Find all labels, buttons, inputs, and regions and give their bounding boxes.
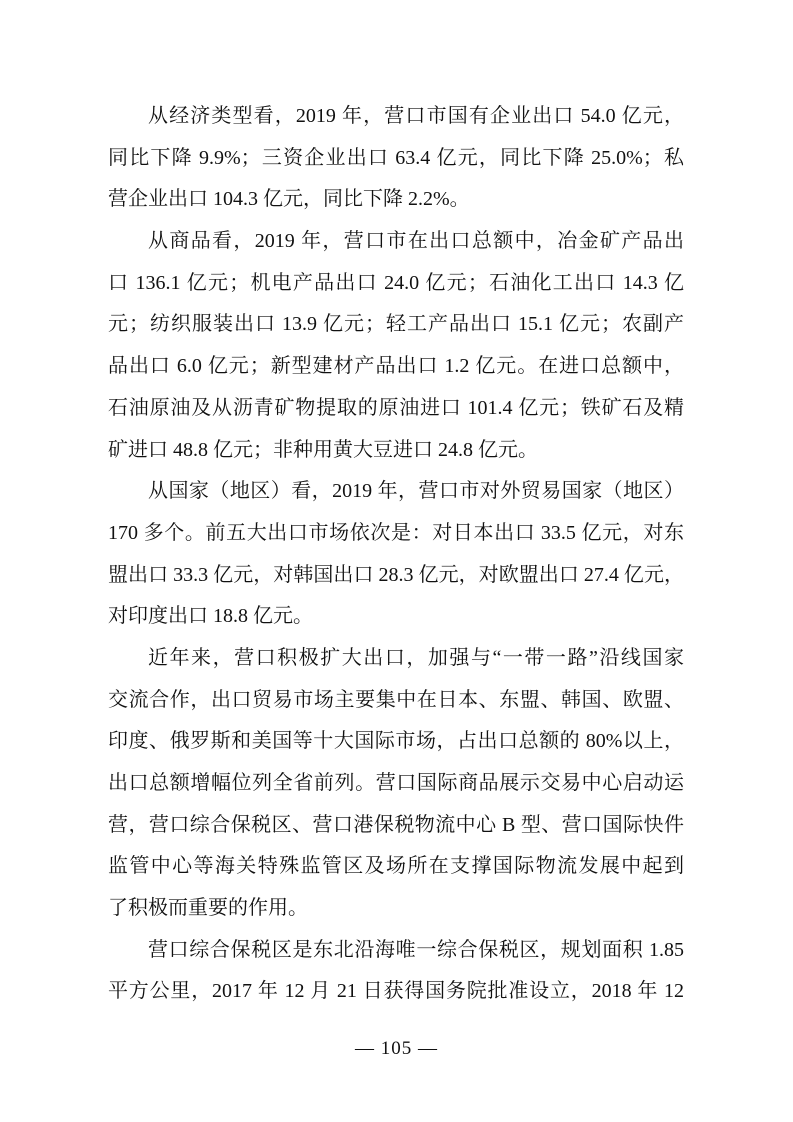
- text-line: 了积极而重要的作用。: [108, 888, 684, 930]
- text-line: 印度、俄罗斯和美国等十大国际市场，占出口总额的 80%以上，: [108, 721, 684, 763]
- text-line: 170 多个。前五大出口市场依次是：对日本出口 33.5 亿元，对东: [108, 513, 684, 555]
- text-line: 对印度出口 18.8 亿元。: [108, 596, 684, 638]
- paragraph-countries: 从国家（地区）看，2019 年，营口市对外贸易国家（地区） 170 多个。前五大…: [108, 471, 684, 638]
- text-line: 石油原油及从沥青矿物提取的原油进口 101.4 亿元；铁矿石及精: [108, 388, 684, 430]
- text-line: 营企业出口 104.3 亿元，同比下降 2.2%。: [108, 179, 684, 221]
- page-footer: — 105 —: [0, 1036, 793, 1062]
- text-line: 营口综合保税区是东北沿海唯一综合保税区，规划面积 1.85: [108, 930, 684, 972]
- text-line: 从商品看，2019 年，营口市在出口总额中，冶金矿产品出: [108, 221, 684, 263]
- text-line: 盟出口 33.3 亿元，对韩国出口 28.3 亿元，对欧盟出口 27.4 亿元，: [108, 555, 684, 597]
- text-line: 品出口 6.0 亿元；新型建材产品出口 1.2 亿元。在进口总额中，: [108, 346, 684, 388]
- paragraph-commodities: 从商品看，2019 年，营口市在出口总额中，冶金矿产品出 口 136.1 亿元；…: [108, 221, 684, 471]
- text-line: 口 136.1 亿元；机电产品出口 24.0 亿元；石油化工出口 14.3 亿: [108, 263, 684, 305]
- text-line: 近年来，营口积极扩大出口，加强与“一带一路”沿线国家: [108, 638, 684, 680]
- text-line: 交流合作，出口贸易市场主要集中在日本、东盟、韩国、欧盟、: [108, 680, 684, 722]
- text-line: 矿进口 48.8 亿元；非种用黄大豆进口 24.8 亿元。: [108, 430, 684, 472]
- text-line: 平方公里，2017 年 12 月 21 日获得国务院批准设立，2018 年 12: [108, 971, 684, 1013]
- text-block: 从经济类型看，2019 年，营口市国有企业出口 54.0 亿元， 同比下降 9.…: [108, 96, 684, 1013]
- text-line: 监管中心等海关特殊监管区及场所在支撑国际物流发展中起到: [108, 846, 684, 888]
- paragraph-economy-type: 从经济类型看，2019 年，营口市国有企业出口 54.0 亿元， 同比下降 9.…: [108, 96, 684, 221]
- paragraph-recent-years: 近年来，营口积极扩大出口，加强与“一带一路”沿线国家 交流合作，出口贸易市场主要…: [108, 638, 684, 930]
- paragraph-bonded-zone: 营口综合保税区是东北沿海唯一综合保税区，规划面积 1.85 平方公里，2017 …: [108, 930, 684, 1013]
- text-line: 营，营口综合保税区、营口港保税物流中心 B 型、营口国际快件: [108, 805, 684, 847]
- text-line: 从国家（地区）看，2019 年，营口市对外贸易国家（地区）: [108, 471, 684, 513]
- text-line: 同比下降 9.9%；三资企业出口 63.4 亿元，同比下降 25.0%；私: [108, 138, 684, 180]
- document-page: { "document": { "paragraphs": [ { "lines…: [0, 0, 793, 1122]
- page-number: — 105 —: [355, 1038, 438, 1059]
- text-line: 元；纺织服装出口 13.9 亿元；轻工产品出口 15.1 亿元；农副产: [108, 304, 684, 346]
- page: 从经济类型看，2019 年，营口市国有企业出口 54.0 亿元， 同比下降 9.…: [0, 0, 793, 1122]
- text-line: 出口总额增幅位列全省前列。营口国际商品展示交易中心启动运: [108, 763, 684, 805]
- text-line: 从经济类型看，2019 年，营口市国有企业出口 54.0 亿元，: [108, 96, 684, 138]
